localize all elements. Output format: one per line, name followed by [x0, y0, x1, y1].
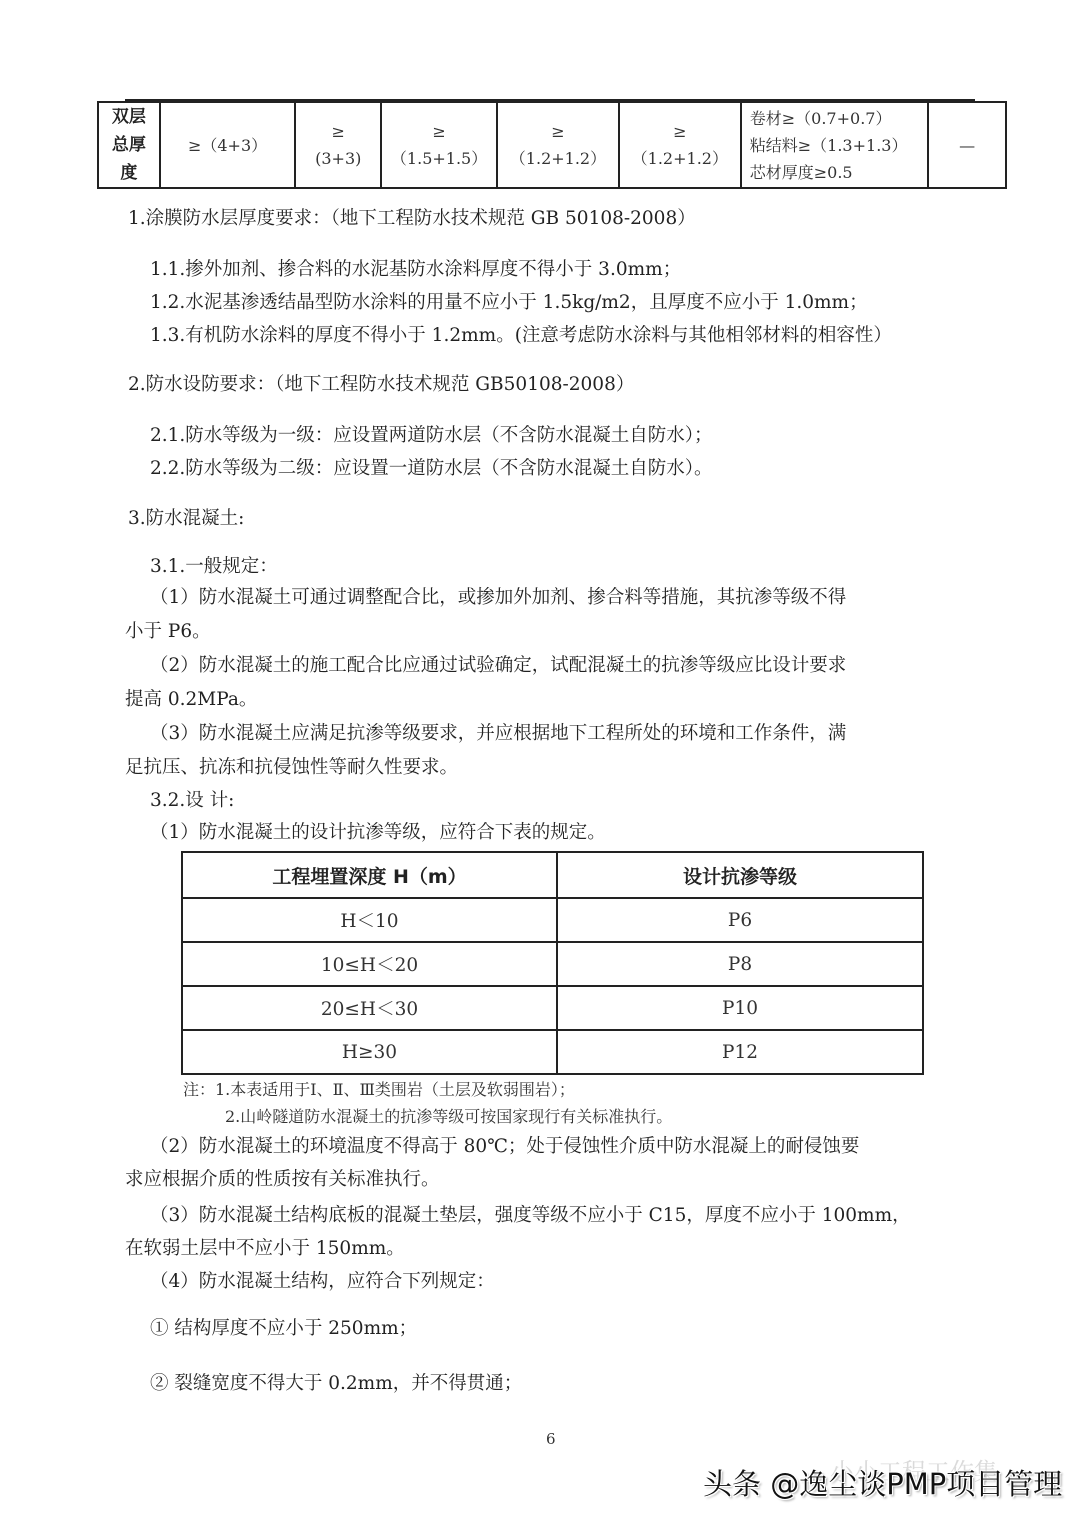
list-item: 2.1.防水等级为一级：应设置两道防水层（不含防水混凝土自防水）； — [150, 422, 713, 450]
double-layer-thickness-table: 双层 总厚 度 ≥（4+3） ≥ (3+3) ≥ （1.5+1.5） ≥ （1.… — [97, 101, 1007, 189]
paragraph-line: 求应根据介质的性质按有关标准执行。 — [125, 1166, 440, 1194]
column-header: 工程埋置深度 H（m） — [182, 852, 557, 898]
table-note: 注：1.本表适用于Ⅰ、Ⅱ、Ⅲ类围岩（土层及软弱围岩）； — [183, 1077, 575, 1100]
table-cell: 20≤H＜30 — [182, 986, 557, 1030]
paragraph-line: （1）防水混凝土的设计抗渗等级，应符合下表的规定。 — [150, 819, 606, 847]
circled-list-item: ② 裂缝宽度不得大于 0.2mm，并不得贯通； — [150, 1370, 522, 1398]
paragraph-line: 在软弱土层中不应小于 150mm。 — [125, 1235, 405, 1263]
paragraph-line: （1）防水混凝土可通过调整配合比，或掺加外加剂、掺合料等措施，其抗渗等级不得 — [150, 584, 846, 612]
subsection-3-1-heading: 3.1.一般规定： — [150, 553, 278, 581]
section-1-heading: 1.涂膜防水层厚度要求：（地下工程防水技术规范 GB 50108-2008） — [128, 205, 696, 233]
table-cell: ≥ （1.2+1.2） — [497, 102, 619, 188]
table-cell: ≥ (3+3) — [295, 102, 381, 188]
table-cell: — — [928, 102, 1006, 188]
author-watermark: 头条 @逸尘谈PMP项目管理 — [703, 1462, 1062, 1503]
table-row: H＜10 P6 — [182, 898, 923, 942]
page-number: 6 — [546, 1430, 556, 1448]
paragraph-line: （2）防水混凝土的施工配合比应通过试验确定，试配混凝土的抗渗等级应比设计要求 — [150, 652, 846, 680]
table-cell: P10 — [557, 986, 923, 1030]
table-cell: 卷材≥（0.7+0.7） 粘结料≥（1.3+1.3） 芯材厚度≥0.5 — [741, 102, 929, 188]
table-cell: ≥ （1.2+1.2） — [619, 102, 741, 188]
paragraph-line: （2）防水混凝土的环境温度不得高于 80℃；处于侵蚀性介质中防水混凝上的耐侵蚀要 — [150, 1133, 859, 1161]
section-2-heading: 2.防水设防要求：（地下工程防水技术规范 GB50108-2008） — [128, 371, 634, 399]
table-row: 双层 总厚 度 ≥（4+3） ≥ (3+3) ≥ （1.5+1.5） ≥ （1.… — [98, 102, 1006, 188]
column-header: 设计抗渗等级 — [557, 852, 923, 898]
paragraph-line: （3）防水混凝土应满足抗渗等级要求，并应根据地下工程所处的环境和工作条件，满 — [150, 720, 846, 748]
paragraph-line: 提高 0.2MPa。 — [125, 686, 257, 714]
table-cell: ≥ （1.5+1.5） — [381, 102, 497, 188]
list-item: 2.2.防水等级为二级：应设置一道防水层（不含防水混凝土自防水）。 — [150, 455, 713, 483]
section-3-heading: 3.防水混凝土: — [128, 505, 244, 533]
table-row: 20≤H＜30 P10 — [182, 986, 923, 1030]
table-cell: H≥30 — [182, 1030, 557, 1074]
table-cell: P12 — [557, 1030, 923, 1074]
table-cell: P8 — [557, 942, 923, 986]
table-cell: H＜10 — [182, 898, 557, 942]
paragraph-line: 足抗压、抗冻和抗侵蚀性等耐久性要求。 — [125, 754, 458, 782]
paragraph-line: （3）防水混凝土结构底板的混凝土垫层，强度等级不应小于 C15，厚度不应小于 1… — [150, 1202, 911, 1230]
impermeability-grade-table: 工程埋置深度 H（m） 设计抗渗等级 H＜10 P6 10≤H＜20 P8 20… — [181, 851, 924, 1075]
table-row: H≥30 P12 — [182, 1030, 923, 1074]
table-cell: 10≤H＜20 — [182, 942, 557, 986]
row-label: 双层 总厚 度 — [98, 102, 160, 188]
list-item: 1.1.掺外加剂、掺合料的水泥基防水涂料厚度不得小于 3.0mm； — [150, 256, 681, 284]
paragraph-line: （4）防水混凝土结构，应符合下列规定： — [150, 1268, 495, 1296]
circled-list-item: ① 结构厚度不应小于 250mm； — [150, 1315, 417, 1343]
list-item: 1.3.有机防水涂料的厚度不得小于 1.2mm。(注意考虑防水涂料与其他相邻材料… — [150, 322, 892, 350]
table-note: 2.山岭隧道防水混凝土的抗渗等级可按国家现行有关标准执行。 — [225, 1104, 672, 1127]
table-header-row: 工程埋置深度 H（m） 设计抗渗等级 — [182, 852, 923, 898]
table-cell: P6 — [557, 898, 923, 942]
subsection-3-2-heading: 3.2.设 计: — [150, 787, 234, 815]
paragraph-line: 小于 P6。 — [125, 618, 211, 646]
table-row: 10≤H＜20 P8 — [182, 942, 923, 986]
list-item: 1.2.水泥基渗透结晶型防水涂料的用量不应小于 1.5kg/m2，且厚度不应小于… — [150, 289, 868, 317]
table-cell: ≥（4+3） — [160, 102, 296, 188]
